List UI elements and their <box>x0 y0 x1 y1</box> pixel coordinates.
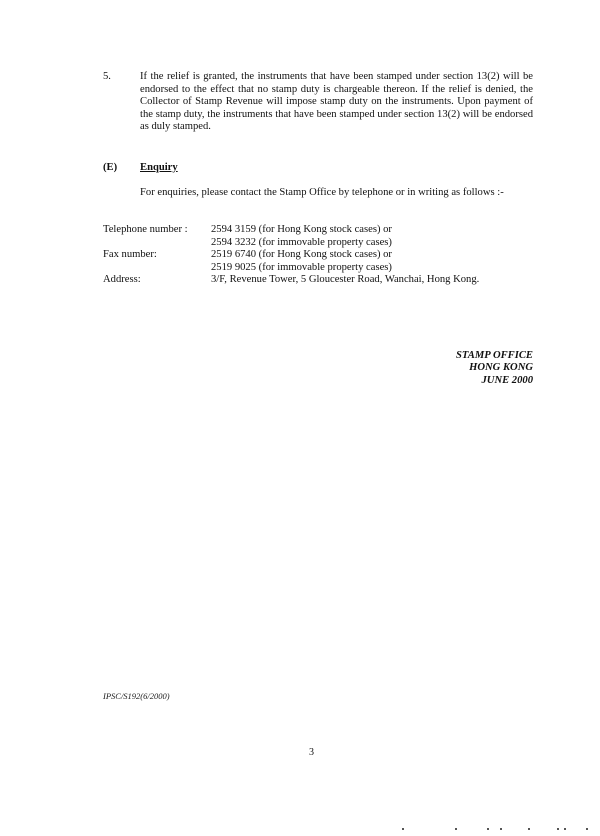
enquiry-intro: For enquiries, please contact the Stamp … <box>103 187 533 200</box>
section-label: (E) <box>103 162 117 175</box>
paragraph-number: 5. <box>103 71 111 84</box>
contact-value: 2594 3232 (for immovable property cases) <box>211 237 392 250</box>
signature-line: JUNE 2000 <box>456 375 533 387</box>
contact-list: Telephone number : 2594 3159 (for Hong K… <box>103 224 533 287</box>
scan-artifacts <box>0 828 600 832</box>
enquiry-intro-text: For enquiries, please contact the Stamp … <box>140 187 504 198</box>
contact-key: Address: <box>103 274 141 287</box>
contact-key: Telephone number : <box>103 224 188 237</box>
paragraph-text: If the relief is granted, the instrument… <box>140 71 533 134</box>
contact-key: Fax number: <box>103 249 157 262</box>
contact-row: Telephone number : 2594 3159 (for Hong K… <box>103 224 533 237</box>
contact-row: 2594 3232 (for immovable property cases) <box>103 237 533 250</box>
contact-value: 2594 3159 (for Hong Kong stock cases) or <box>211 224 392 237</box>
section-title: Enquiry <box>140 162 178 175</box>
contact-row: Fax number: 2519 6740 (for Hong Kong sto… <box>103 249 533 262</box>
contact-row: 2519 9025 (for immovable property cases) <box>103 262 533 275</box>
document-page: 5. If the relief is granted, the instrum… <box>0 0 600 836</box>
document-reference: IPSC/S192(6/2000) <box>103 690 170 703</box>
signature-line: STAMP OFFICE <box>456 350 533 362</box>
signature-block: STAMP OFFICE HONG KONG JUNE 2000 <box>456 350 533 387</box>
contact-value: 3/F, Revenue Tower, 5 Gloucester Road, W… <box>211 274 479 287</box>
contact-value: 2519 6740 (for Hong Kong stock cases) or <box>211 249 392 262</box>
page-number: 3 <box>309 747 314 760</box>
contact-row: Address: 3/F, Revenue Tower, 5 Glouceste… <box>103 274 533 287</box>
signature-line: HONG KONG <box>456 362 533 374</box>
contact-value: 2519 9025 (for immovable property cases) <box>211 262 392 275</box>
